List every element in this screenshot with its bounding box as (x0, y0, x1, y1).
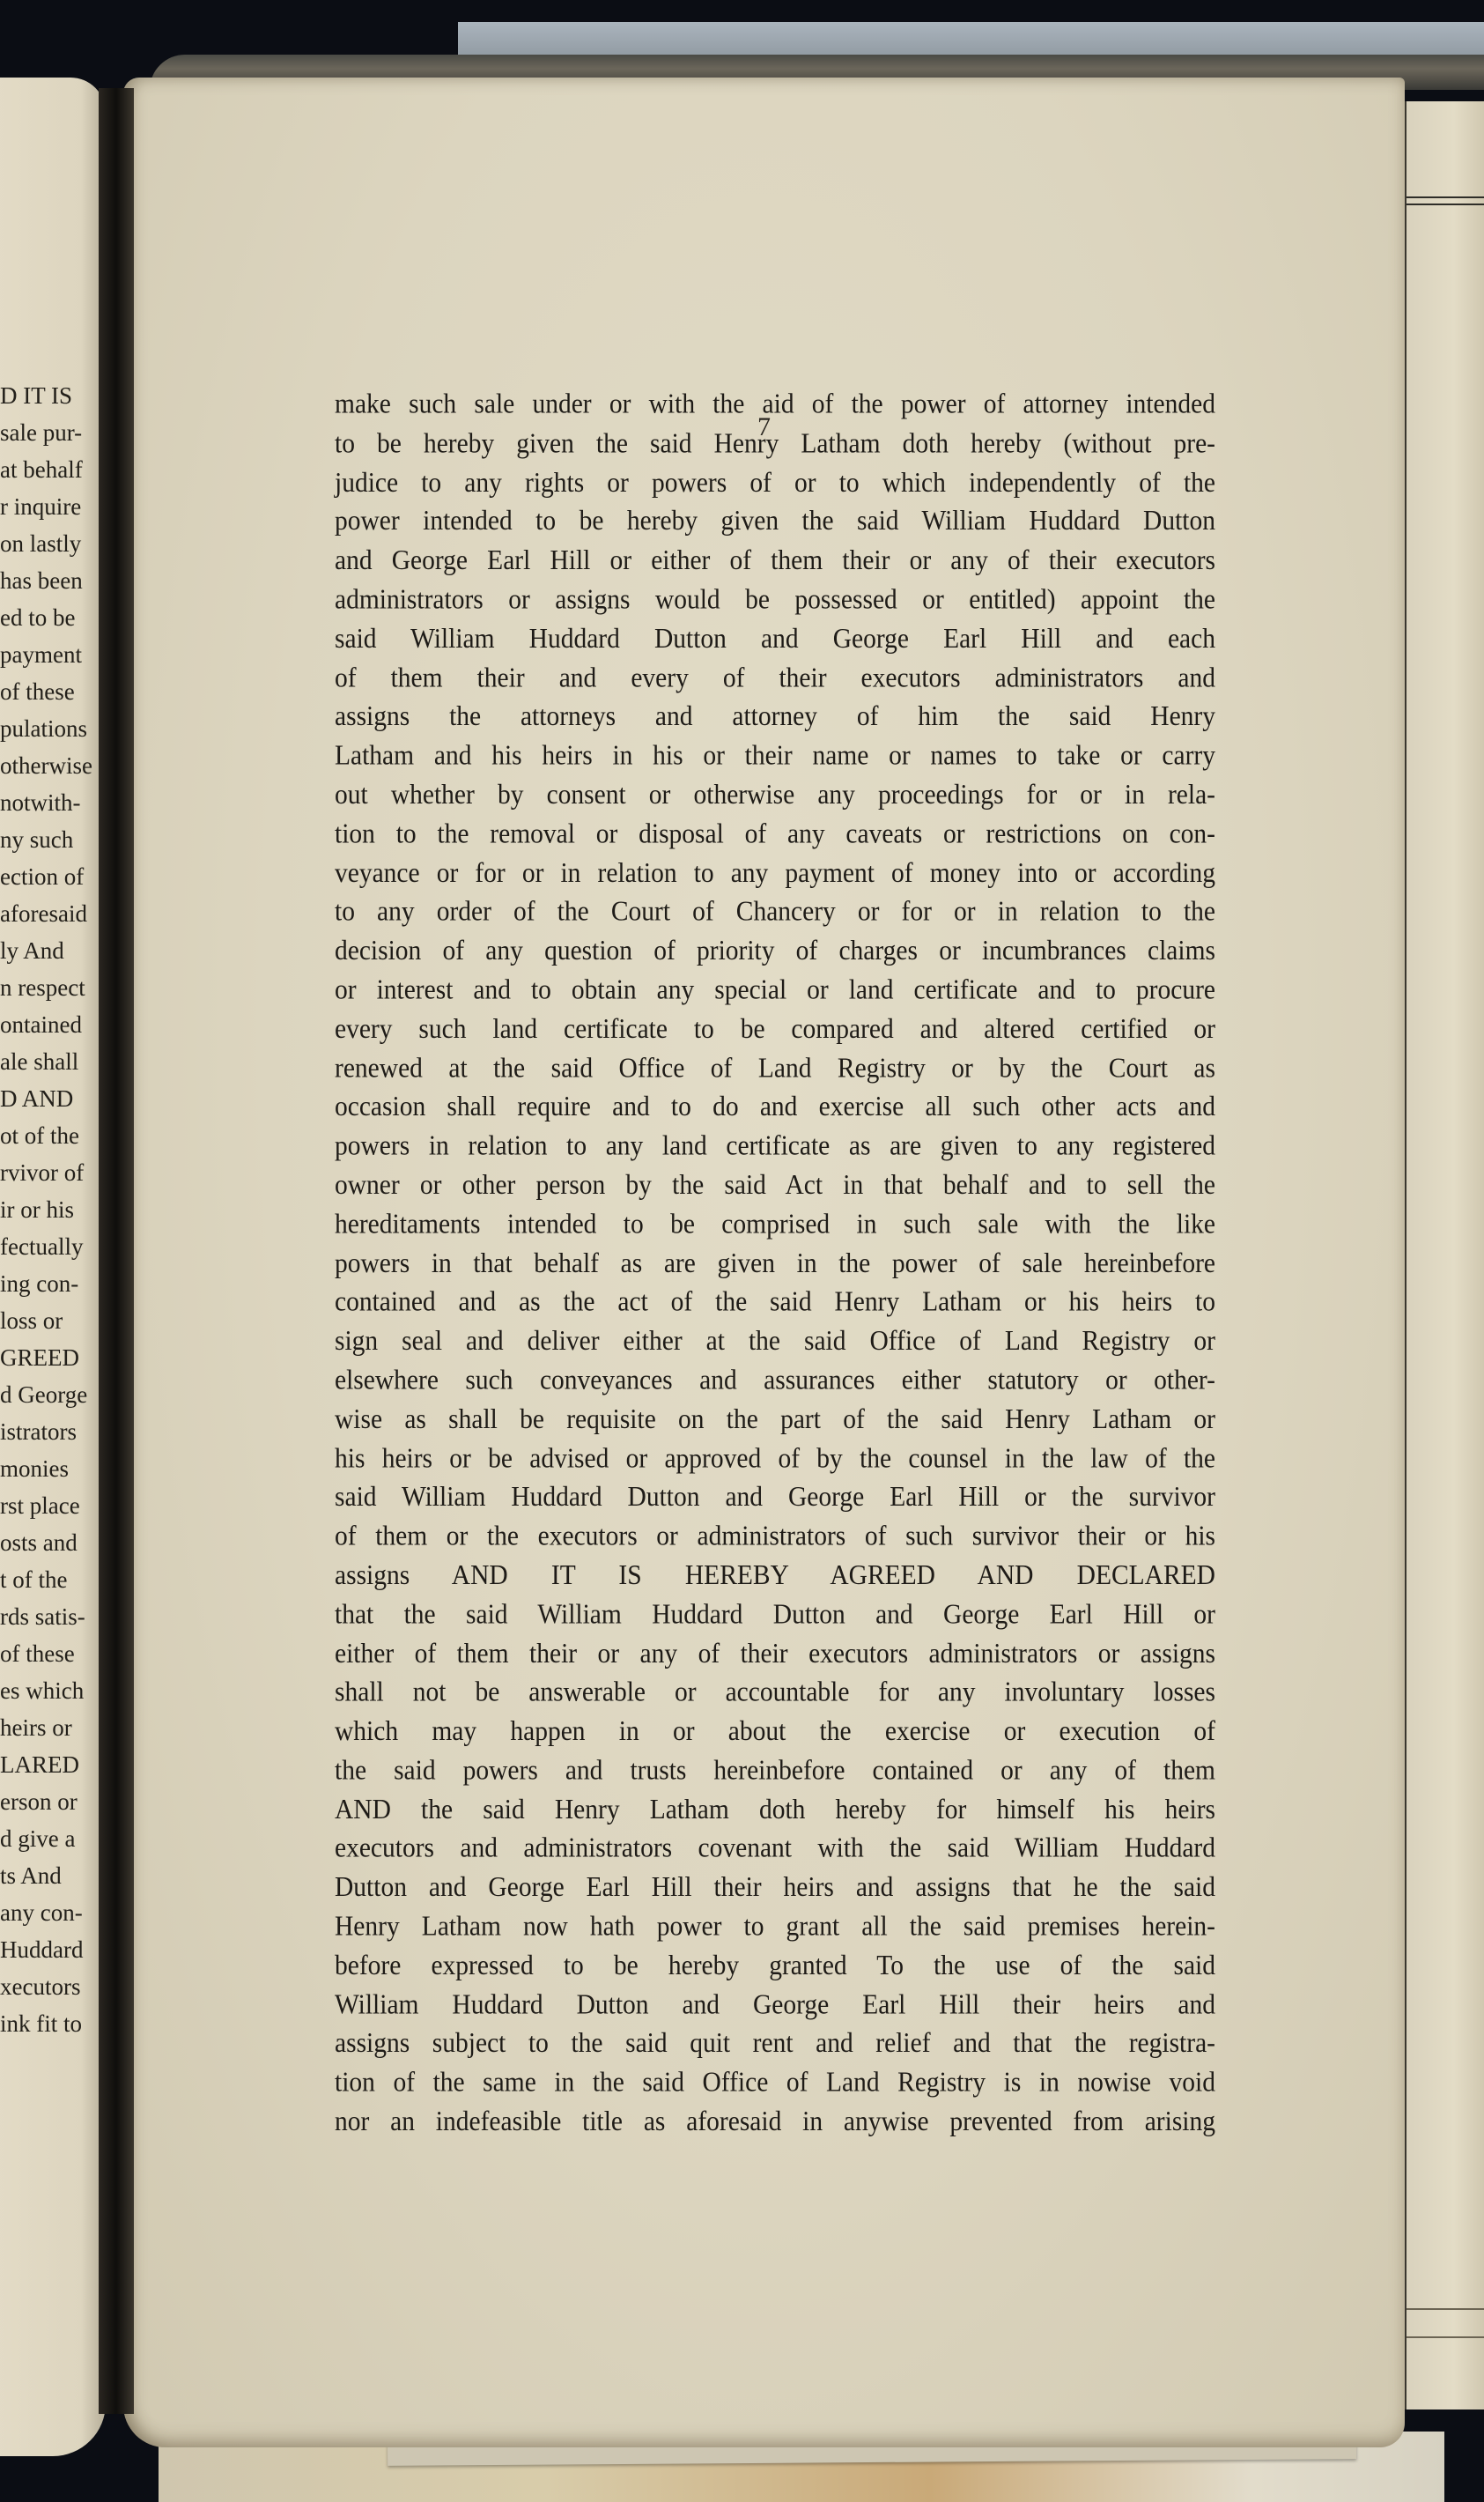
text-line: decision of any question of priority of … (335, 932, 1215, 971)
text-line: executors and administrators covenant wi… (335, 1830, 1215, 1869)
text-line: Henry Latham now hath power to grant all… (335, 1908, 1215, 1947)
left-page-line-fragment: otherwise (0, 747, 95, 784)
text-line: shall not be answerable or accountable f… (335, 1674, 1215, 1713)
text-line: occasion shall require and to do and exe… (335, 1088, 1215, 1127)
text-line: veyance or for or in relation to any pay… (335, 855, 1215, 893)
left-page-line-fragment: n respect (0, 969, 95, 1006)
text-line: nor an indefeasible title as aforesaid i… (335, 2103, 1215, 2142)
text-line: said William Huddard Dutton and George E… (335, 620, 1215, 659)
left-page-line-fragment: t of the (0, 1561, 95, 1598)
text-line: assigns subject to the said quit rent an… (335, 2025, 1215, 2064)
text-line: and George Earl Hill or either of them t… (335, 542, 1215, 581)
text-line: to be hereby given the said Henry Latham… (335, 425, 1215, 463)
left-page-line-fragment: has been (0, 562, 95, 599)
text-line: that the said William Huddard Dutton and… (335, 1595, 1215, 1634)
text-line: his heirs or be advised or approved of b… (335, 1440, 1215, 1478)
left-page-line-fragment: erson or (0, 1783, 95, 1820)
left-page-line-fragment: rvivor of (0, 1154, 95, 1191)
left-page-line-fragment: r inquire (0, 488, 95, 525)
left-page-line-fragment: pulations (0, 710, 95, 747)
ruled-line (1406, 196, 1484, 205)
left-page-line-fragment: ir or his (0, 1191, 95, 1228)
left-page-line-fragment: LARED (0, 1746, 95, 1783)
left-page-text: D IT ISsale pur-at behalfr inquireon las… (0, 377, 95, 2042)
text-line: assigns the attorneys and attorney of hi… (335, 698, 1215, 737)
left-page-line-fragment: xecutors (0, 1968, 95, 2005)
left-page-line-fragment: payment (0, 636, 95, 673)
left-page-line-fragment: ny such (0, 821, 95, 858)
text-line: powers in that behalf as are given in th… (335, 1245, 1215, 1284)
text-line: before expressed to be hereby granted To… (335, 1947, 1215, 1986)
left-page-line-fragment: d George (0, 1376, 95, 1413)
text-line: power intended to be hereby given the sa… (335, 503, 1215, 542)
left-page-line-fragment: at behalf (0, 451, 95, 488)
left-page-line-fragment: D AND (0, 1080, 95, 1117)
left-page-line-fragment: es which (0, 1672, 95, 1709)
text-line: contained and as the act of the said Hen… (335, 1284, 1215, 1322)
text-line: to any order of the Court of Chancery or… (335, 893, 1215, 932)
left-page-line-fragment: of these (0, 1635, 95, 1672)
left-page-line-fragment: osts and (0, 1524, 95, 1561)
left-page-line-fragment: ts And (0, 1857, 95, 1894)
left-page-line-fragment: ed to be (0, 599, 95, 636)
left-page-line-fragment: ontained (0, 1006, 95, 1043)
text-line: sign seal and deliver either at the said… (335, 1322, 1215, 1361)
text-line: wise as shall be requisite on the part o… (335, 1401, 1215, 1440)
left-page-line-fragment: ink fit to (0, 2005, 95, 2042)
text-line: out whether by consent or otherwise any … (335, 776, 1215, 815)
left-page-line-fragment: loss or (0, 1302, 95, 1339)
left-page-line-fragment: D IT IS (0, 377, 95, 414)
left-page-line-fragment: rst place (0, 1487, 95, 1524)
text-line: which may happen in or about the exercis… (335, 1713, 1215, 1751)
left-page-line-fragment: fectually (0, 1228, 95, 1265)
left-page-line-fragment: of these (0, 673, 95, 710)
text-line: renewed at the said Office of Land Regis… (335, 1049, 1215, 1088)
text-line: William Huddard Dutton and George Earl H… (335, 1986, 1215, 2025)
text-line: tion to the removal or disposal of any c… (335, 815, 1215, 854)
text-line: of them their and every of their executo… (335, 659, 1215, 698)
text-line: judice to any rights or powers of or to … (335, 464, 1215, 503)
left-page-line-fragment: istrators (0, 1413, 95, 1450)
left-page-line-fragment: aforesaid (0, 895, 95, 932)
text-line: either of them their or any of their exe… (335, 1635, 1215, 1674)
text-line: Dutton and George Earl Hill their heirs … (335, 1869, 1215, 1908)
body-text: make such sale under or with the aid of … (335, 386, 1215, 2143)
left-page-line-fragment: on lastly (0, 525, 95, 562)
text-line: or interest and to obtain any special or… (335, 972, 1215, 1010)
left-page-line-fragment: ale shall (0, 1043, 95, 1080)
text-line: tion of the same in the said Office of L… (335, 2064, 1215, 2103)
text-line: the said powers and trusts hereinbefore … (335, 1752, 1215, 1791)
left-page-line-fragment: rds satis- (0, 1598, 95, 1635)
text-line: AND the said Henry Latham doth hereby fo… (335, 1791, 1215, 1830)
text-line: elsewhere such conveyances and assurance… (335, 1362, 1215, 1401)
left-page-line-fragment: monies (0, 1450, 95, 1487)
left-page-line-fragment: ly And (0, 932, 95, 969)
text-line: make such sale under or with the aid of … (335, 386, 1215, 425)
text-line: hereditaments intended to be comprised i… (335, 1205, 1215, 1244)
ruled-line (1406, 2308, 1484, 2338)
left-page-line-fragment: notwith- (0, 784, 95, 821)
left-page-line-fragment: any con- (0, 1894, 95, 1931)
left-page-line-fragment: GREED (0, 1339, 95, 1376)
left-page-line-fragment: sale pur- (0, 414, 95, 451)
text-line: powers in relation to any land certifica… (335, 1128, 1215, 1166)
text-line: assigns AND IT IS HEREBY AGREED AND DECL… (335, 1557, 1215, 1595)
underlying-page-right (1405, 101, 1484, 2409)
text-line: every such land certificate to be compar… (335, 1010, 1215, 1049)
left-page-line-fragment: ing con- (0, 1265, 95, 1302)
left-page-line-fragment: Huddard (0, 1931, 95, 1968)
text-line: owner or other person by the said Act in… (335, 1166, 1215, 1205)
left-page-line-fragment: d give a (0, 1820, 95, 1857)
left-page-line-fragment: ection of (0, 858, 95, 895)
left-page-line-fragment: ot of the (0, 1117, 95, 1154)
text-line: administrators or assigns would be posse… (335, 581, 1215, 620)
text-line: of them or the executors or administrato… (335, 1518, 1215, 1557)
text-line: said William Huddard Dutton and George E… (335, 1479, 1215, 1518)
left-page-line-fragment: heirs or (0, 1709, 95, 1746)
text-line: Latham and his heirs in his or their nam… (335, 737, 1215, 776)
